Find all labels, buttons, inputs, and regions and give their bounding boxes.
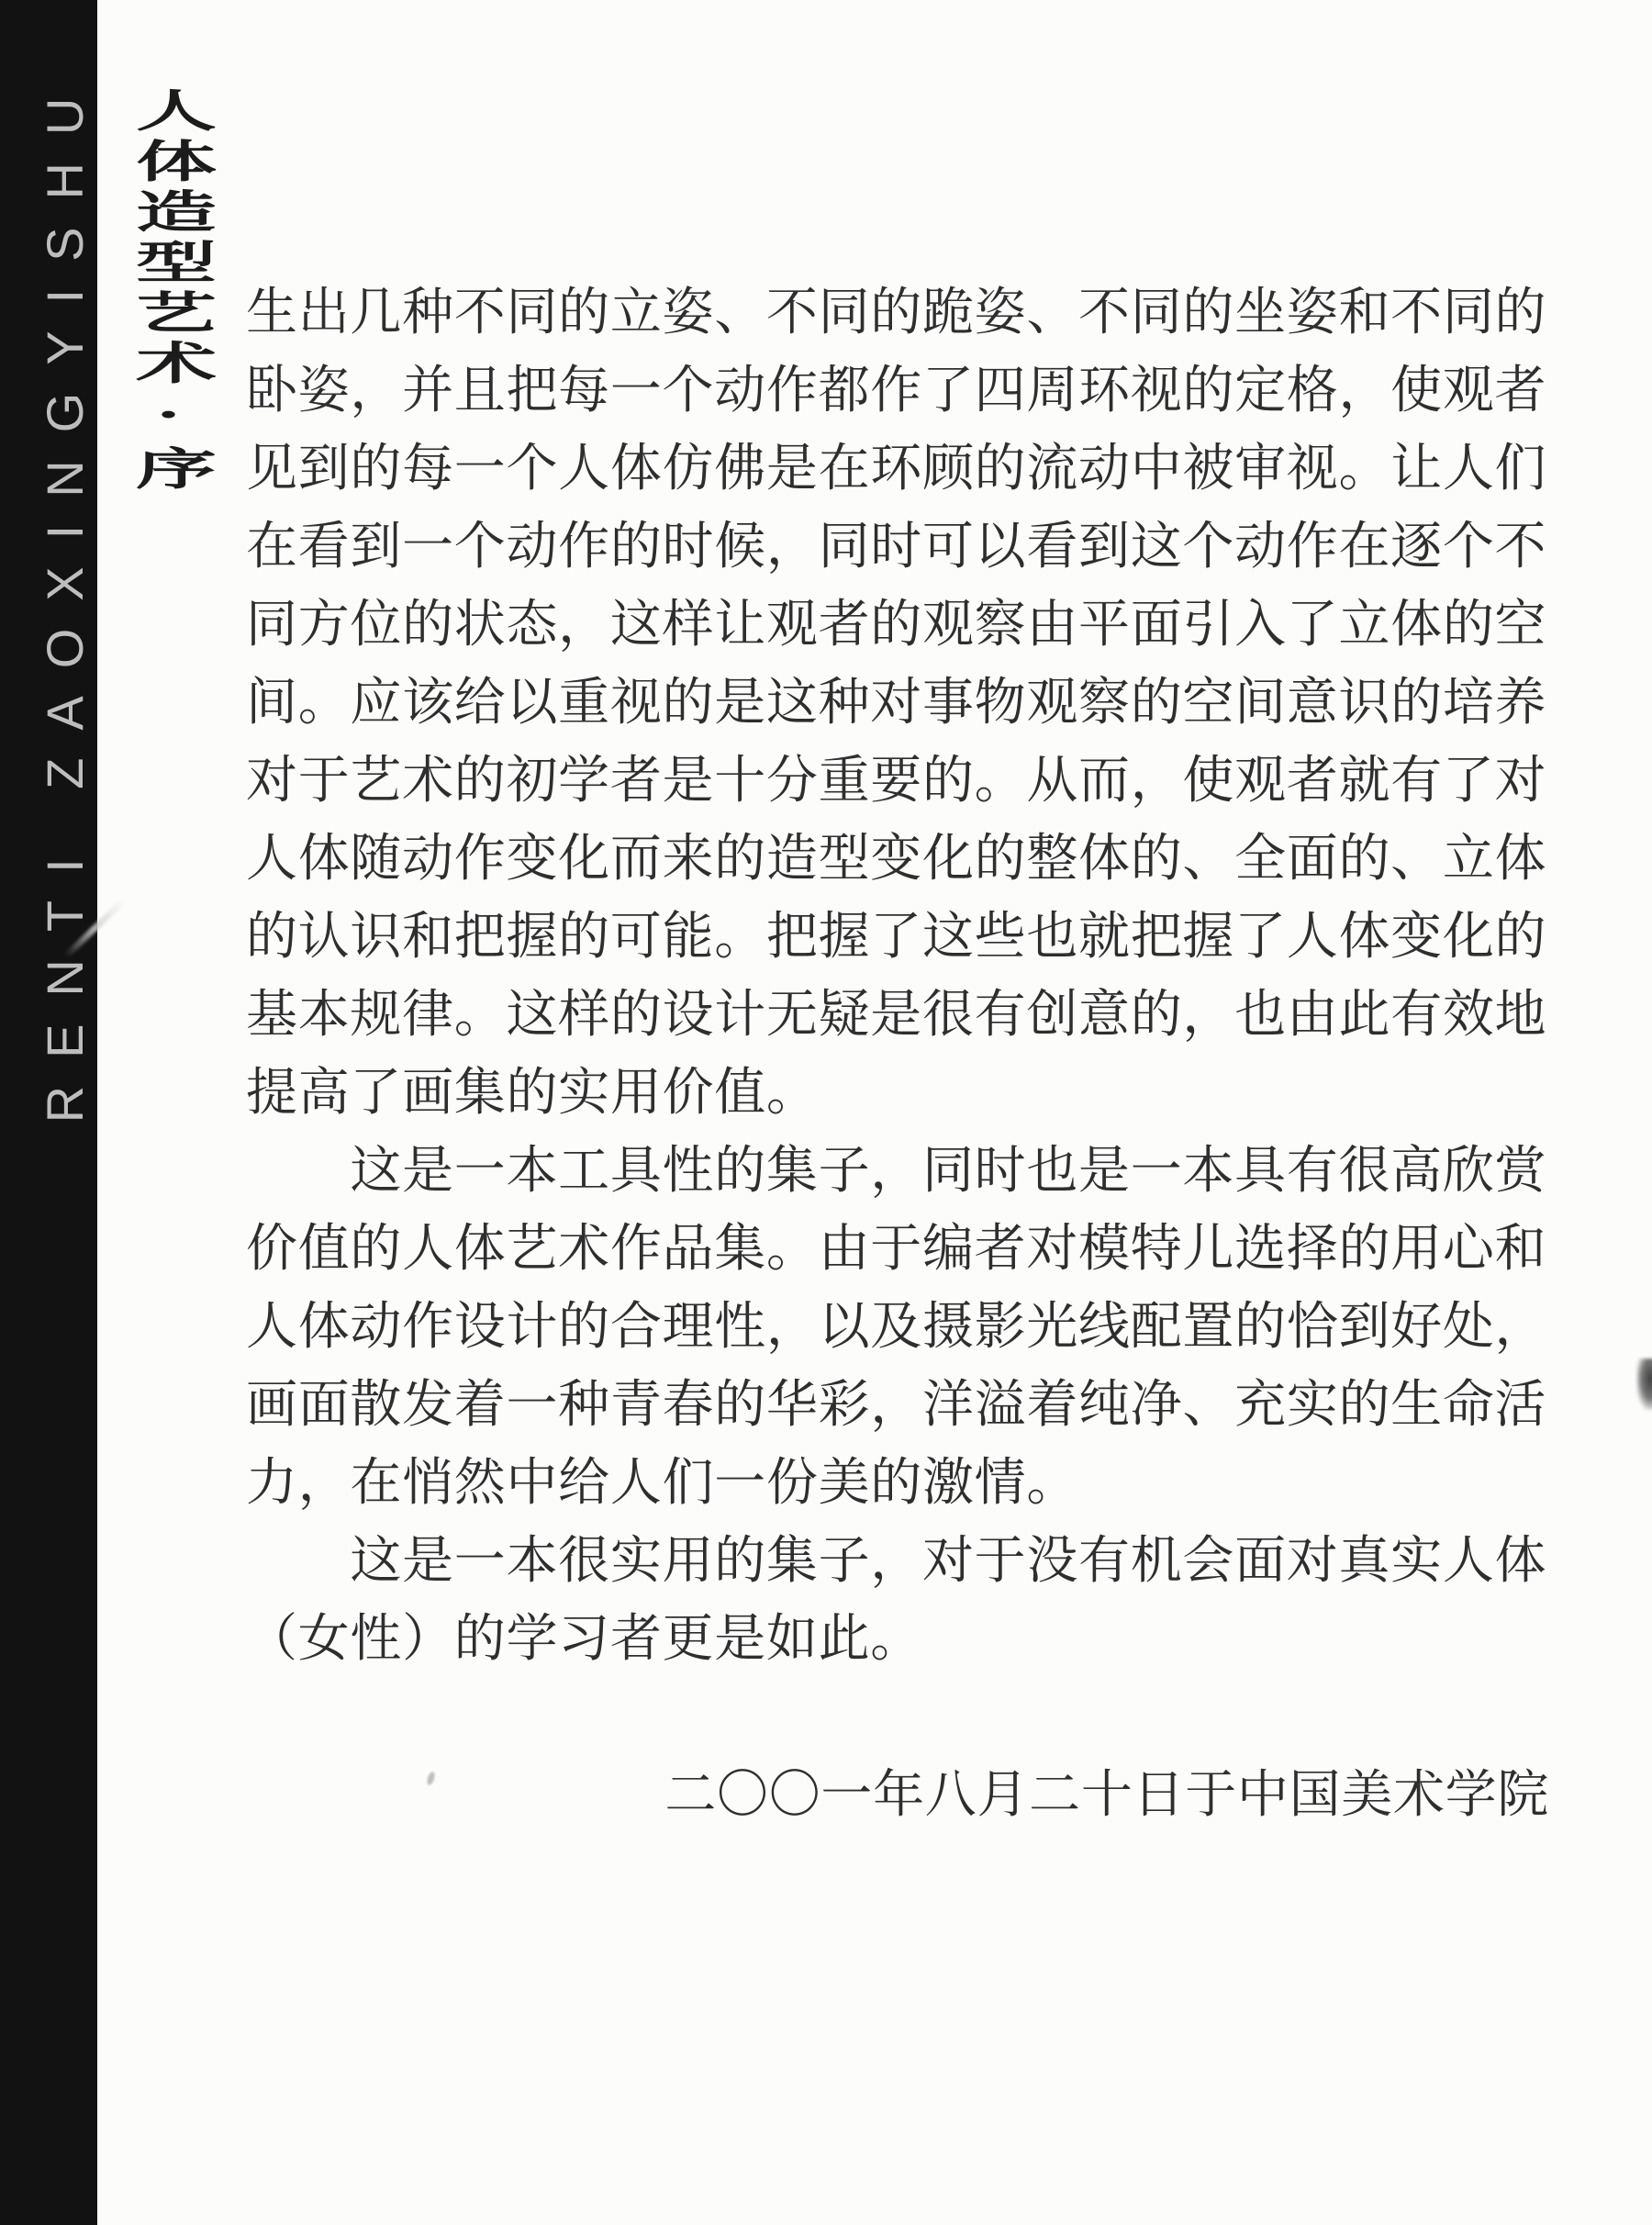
preface-line: 卧姿，并且把每一个动作都作了四周环视的定格，使观者 (246, 352, 1549, 430)
scan-smudge-artifact (1636, 1358, 1652, 1410)
preface-line: （女性）的学习者更是如此。 (246, 1601, 1549, 1679)
preface-line: 生出几种不同的立姿、不同的跪姿、不同的坐姿和不同的 (246, 274, 1549, 352)
preface-line: 对于艺术的初学者是十分重要的。从而，使观者就有了对 (246, 743, 1549, 821)
preface-lines: 生出几种不同的立姿、不同的跪姿、不同的坐姿和不同的卧姿，并且把每一个动作都作了四… (246, 274, 1549, 1835)
preface-line: 见到的每一个人体仿佛是在环顾的流动中被审视。让人们 (246, 430, 1549, 509)
spine-latin-title: RENTI ZAOXINGYISHU (33, 18, 97, 1175)
preface-line: 的认识和把握的可能。把握了这些也就把握了人体变化的 (246, 899, 1549, 977)
preface-line: 间。应该给以重视的是这种对事物观察的空间意识的培养 (246, 665, 1549, 743)
preface-line: 价值的人体艺术作品集。由于编者对模特儿选择的用心和 (246, 1211, 1549, 1289)
book-title-vertical: 人体造型艺术·序 (110, 87, 226, 496)
preface-line: 这是一本工具性的集子，同时也是一本具有很高欣赏 (246, 1133, 1549, 1211)
spine-bar: RENTI ZAOXINGYISHU (0, 0, 97, 2225)
preface-line: 这是一本很实用的集子，对于没有机会面对真实人体 (246, 1523, 1549, 1601)
preface-line: 基本规律。这样的设计无疑是很有创意的，也由此有效地 (246, 977, 1549, 1055)
preface-line: 人体动作设计的合理性，以及摄影光线配置的恰到好处， (246, 1289, 1549, 1367)
preface-line: 提高了画集的实用价值。 (246, 1055, 1549, 1133)
preface-line: 人体随动作变化而来的造型变化的整体的、全面的、立体 (246, 821, 1549, 899)
preface-text-block: 生出几种不同的立姿、不同的跪姿、不同的坐姿和不同的卧姿，并且把每一个动作都作了四… (246, 274, 1549, 1835)
preface-line: 同方位的状态，这样让观者的观察由平面引入了立体的空 (246, 587, 1549, 665)
preface-line: 力，在悄然中给人们一份美的激情。 (246, 1445, 1549, 1523)
scanned-book-page: { "colors": { "page_bg": "#fcfcfb", "spi… (0, 0, 1652, 2225)
preface-line: 在看到一个动作的时候，同时可以看到这个动作在逐个不 (246, 509, 1549, 587)
date-line: 二〇〇一年八月二十日于中国美术学院 (246, 1757, 1549, 1835)
preface-line: 画面散发着一种青春的华彩，洋溢着纯净、充实的生命活 (246, 1367, 1549, 1445)
